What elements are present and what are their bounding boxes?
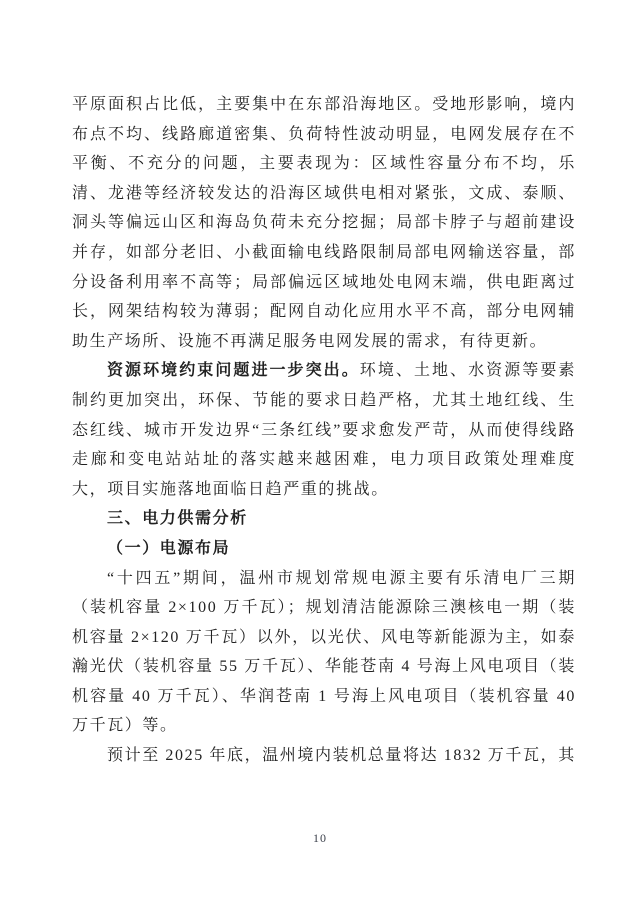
text-run: 资源环境约束问题进一步突出。 (107, 362, 360, 379)
paragraph: 资源环境约束问题进一步突出。环境、土地、水资源等要素制约更加突出，环保、节能的要… (72, 356, 576, 504)
text-run: 三、电力供需分析 (107, 510, 248, 527)
page-number: 10 (0, 831, 640, 846)
text-run: 环境、土地、水资源等要素制约更加突出，环保、节能的要求日趋严格，尤其土地红线、生… (72, 362, 576, 497)
heading-main: 三、电力供需分析 (72, 504, 576, 534)
heading-sub: （一）电源布局 (72, 534, 576, 564)
text-run: （一）电源布局 (107, 540, 230, 557)
paragraph: 预计至 2025 年底，温州境内装机总量将达 1832 万千瓦，其 (72, 741, 576, 771)
text-run: 平原面积占比低，主要集中在东部沿海地区。受地形影响，境内布点不均、线路廊道密集、… (72, 96, 576, 350)
paragraph: 平原面积占比低，主要集中在东部沿海地区。受地形影响，境内布点不均、线路廊道密集、… (72, 90, 576, 356)
text-run: 预计至 2025 年底，温州境内装机总量将达 1832 万千瓦，其 (107, 747, 576, 764)
document-body: 平原面积占比低，主要集中在东部沿海地区。受地形影响，境内布点不均、线路廊道密集、… (72, 90, 576, 771)
paragraph: “十四五”期间，温州市规划常规电源主要有乐清电厂三期（装机容量 2×100 万千… (72, 564, 576, 742)
text-run: “十四五”期间，温州市规划常规电源主要有乐清电厂三期（装机容量 2×100 万千… (72, 570, 576, 735)
document-page: 平原面积占比低，主要集中在东部沿海地区。受地形影响，境内布点不均、线路廊道密集、… (0, 0, 640, 905)
